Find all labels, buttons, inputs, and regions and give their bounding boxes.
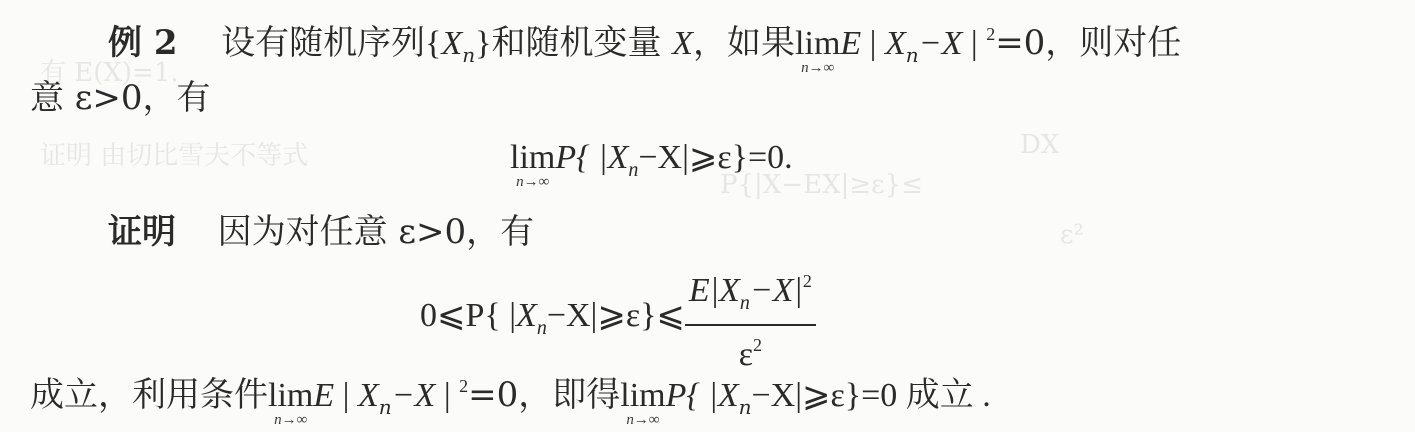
- proof-label: 证明: [108, 212, 176, 252]
- math-subscript: n: [379, 395, 392, 419]
- conclusion-text: −X|⩾ε}=0 成立 .: [752, 377, 991, 414]
- limit-subscript: n→∞: [795, 60, 840, 76]
- limit-subscript: n→∞: [268, 412, 313, 428]
- math-superscript: 2: [986, 24, 995, 44]
- limit-operator: limn→∞: [795, 24, 840, 64]
- example-line-2: 意 ε>0，有: [30, 78, 211, 118]
- math-var: X: [672, 25, 693, 62]
- abs-bar: |: [435, 377, 459, 414]
- math-expr: −X|⩾ε}⩽: [547, 297, 685, 334]
- formula-chebyshev-inequality: 0⩽P{ |Xn−X|⩾ε}⩽E|Xn−X|2ε2: [420, 262, 816, 374]
- limit-subscript: n→∞: [620, 412, 665, 428]
- math-var: X: [516, 297, 537, 334]
- math-var: X: [608, 139, 629, 176]
- bleed-through-text: DX: [1020, 130, 1059, 160]
- fraction: E|Xn−X|2ε2: [685, 262, 816, 374]
- conclusion-text: =0，即得: [468, 375, 620, 415]
- math-var: E: [840, 25, 861, 62]
- math-var: E: [313, 377, 334, 414]
- math-subscript: n: [462, 43, 475, 67]
- math-subscript: n: [906, 43, 919, 67]
- math-superscript: 2: [459, 376, 468, 396]
- math-expr: −X: [919, 25, 963, 62]
- abs-bar: |: [861, 25, 885, 62]
- math-subscript: n: [537, 317, 547, 339]
- formula-limit-probability: limn→∞P{ |Xn−X|⩾ε}=0.: [510, 138, 793, 190]
- example-text: 和随机变量: [491, 23, 661, 63]
- limit-subscript: n→∞: [510, 174, 555, 190]
- proof-line: 证明 因为对任意 ε>0，有: [108, 212, 534, 252]
- brace-open: {: [425, 25, 441, 62]
- math-var: X: [441, 25, 462, 62]
- math-expr: P{ |: [555, 139, 607, 176]
- fraction-numerator: E|Xn−X|2: [685, 262, 816, 326]
- math-var: X: [885, 25, 906, 62]
- brace-close: }: [475, 25, 491, 62]
- conclusion-text: 成立，利用条件: [30, 375, 268, 415]
- limit-operator: limn→∞: [268, 376, 313, 416]
- math-subscript: n: [739, 395, 752, 419]
- example-text: =0，则对任: [995, 23, 1181, 63]
- example-text: 设有随机序列: [221, 23, 425, 63]
- conclusion-line: 成立，利用条件limn→∞E | Xn−X | 2=0，即得limn→∞P{ |…: [30, 366, 991, 427]
- abs-bar: |: [962, 25, 986, 62]
- bleed-through-text: ε²: [1060, 220, 1084, 250]
- math-var: X: [718, 377, 739, 414]
- proof-text: 因为对任意 ε>0，有: [218, 212, 535, 252]
- math-expr: 0⩽P{ |: [420, 297, 516, 334]
- math-expr: P{ |: [666, 377, 718, 414]
- example-label: 例 2: [108, 23, 178, 63]
- bleed-through-text: 证明 由切比雪夫不等式: [40, 135, 308, 172]
- math-var: X: [358, 377, 379, 414]
- abs-bar: |: [334, 377, 358, 414]
- example-line-1: 例 2 设有随机序列{Xn}和随机变量 X，如果limn→∞E | Xn−X |…: [108, 14, 1181, 75]
- limit-operator: limn→∞: [620, 376, 665, 416]
- math-subscript: n: [628, 159, 638, 181]
- math-expr: −X: [392, 377, 436, 414]
- math-expr: −X|⩾ε}=0.: [638, 139, 792, 176]
- limit-operator: limn→∞: [510, 138, 555, 178]
- example-text: ，如果: [693, 23, 795, 63]
